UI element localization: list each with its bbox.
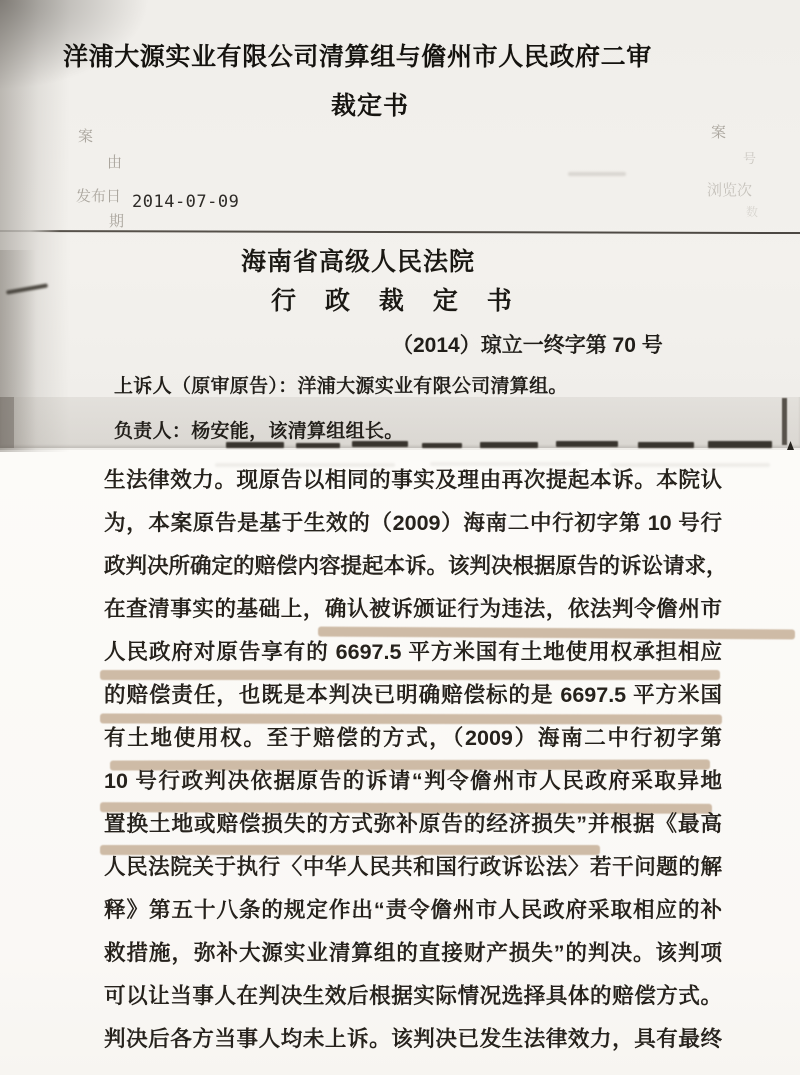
document-title-line1: 洋浦大源实业有限公司清算组与儋州市人民政府二审 <box>63 37 663 73</box>
appellant-line: 上诉人（原审原告）：洋浦大源实业有限公司清算组。 <box>114 371 568 398</box>
clipped-text-fragment <box>296 443 340 448</box>
document-title-line2: 裁定书 <box>0 86 740 122</box>
court-name: 海南省高级人民法院 <box>241 242 475 278</box>
clipped-text-fragment <box>226 442 284 448</box>
body-line: 10 号行政判决依据原告的诉请“判令儋州市人民政府采取异地 <box>104 760 722 803</box>
body-line: 生法律效力。现原告以相同的事实及理由再次提起本诉。本院认 <box>104 459 722 502</box>
clipped-text-fragment <box>708 441 772 448</box>
body-line: 政判决所确定的赔偿内容提起本诉。该判决根据原告的诉讼请求， <box>104 545 722 588</box>
body-line: 救措施，弥补大源实业清算组的直接财产损失”的判决。该判项 <box>104 932 722 975</box>
document-type: 行 政 裁 定 书 <box>271 281 523 317</box>
clipped-text-fragment <box>480 442 538 448</box>
body-line: 有土地使用权。至于赔偿的方式，（2009）海南二中行初字第 <box>104 717 722 760</box>
views-label-part1: 浏览次 <box>707 179 752 200</box>
clipped-text-fragment <box>422 443 462 448</box>
body-line: 的赔偿责任，也既是本判决已明确赔偿标的是 6697.5 平方米国 <box>104 674 722 717</box>
case-no-label-part1: 案 <box>711 121 726 142</box>
body-line: 为，本案原告是基于生效的（2009）海南二中行初字第 10 号行 <box>104 502 722 545</box>
case-number: （2014）琼立一终字第 70 号 <box>392 329 663 359</box>
body-line: 可以让当事人在判决生效后根据实际情况选择具体的赔偿方式。 <box>104 975 722 1018</box>
body-line: 人民法院关于执行〈中华人民共和国行政诉讼法〉若干问题的解 <box>104 846 722 889</box>
scanned-court-document: { "colors": { "highlight_underline": "#c… <box>0 0 800 1075</box>
views-label-part2: 数 <box>746 203 758 220</box>
principal-line: 负责人：杨安能，该清算组组长。 <box>114 416 404 443</box>
body-line: 在查清事实的基础上，确认被诉颁证行为违法，依法判令儋州市 <box>104 588 722 631</box>
publish-date-value: 2014-07-09 <box>132 192 239 212</box>
scan-overlap-left-edge <box>0 397 14 448</box>
body-line: 置换土地或赔偿损失的方式弥补原告的经济损失”并根据《最高 <box>104 803 722 846</box>
case-reason-label-part2: 由 <box>107 151 122 172</box>
publish-date-label-part2: 期 <box>109 210 124 231</box>
case-no-label-part2: 号 <box>743 148 756 167</box>
body-line: 判决后各方当事人均未上诉。该判决已发生法律效力，具有最终 <box>104 1018 722 1061</box>
scan-smear <box>568 172 626 176</box>
publish-date-label-part1: 发布日 <box>76 185 121 206</box>
clipped-text-fragment <box>556 441 618 447</box>
body-line: 释》第五十八条的规定作出“责令儋州市人民政府采取相应的补 <box>104 889 722 932</box>
clipped-text-fragment <box>638 442 694 448</box>
clipped-text-fragment <box>352 441 408 447</box>
body-line: 人民政府对原告享有的 6697.5 平方米国有土地使用权承担相应 <box>104 631 722 674</box>
case-reason-label-part1: 案 <box>78 125 93 146</box>
scan-overlap-right-mark <box>782 398 787 445</box>
